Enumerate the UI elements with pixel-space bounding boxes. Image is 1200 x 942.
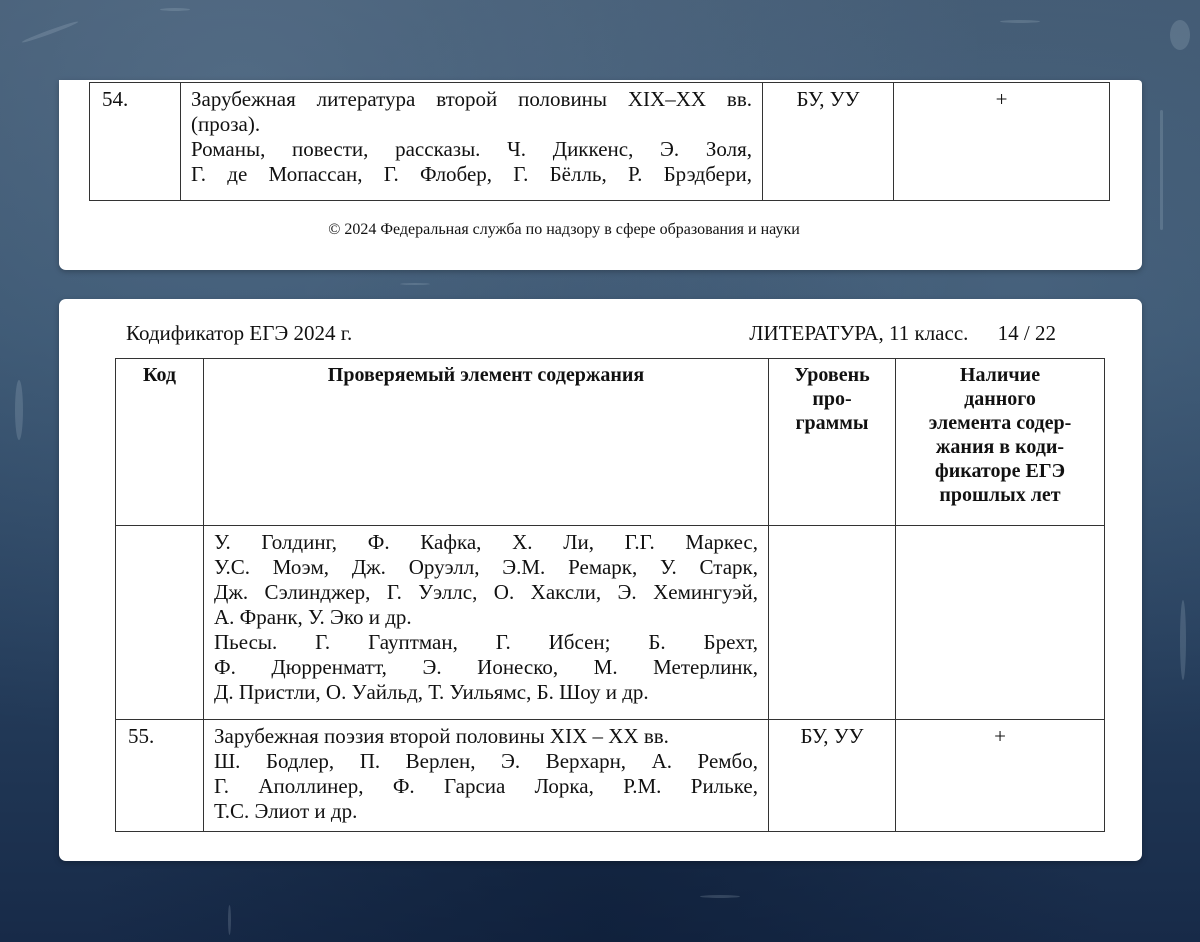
header-line: фикаторе ЕГЭ	[896, 459, 1104, 483]
row-level	[769, 526, 896, 720]
content-line: Д. Пристли, О. Уайльд, Т. Уильямс, Б. Шо…	[214, 680, 758, 705]
table-row-54: 54. Зарубежная литература второй половин…	[90, 83, 1110, 201]
header-line: Наличие	[896, 363, 1104, 387]
content-line: Г. Аполлинер, Ф. Гарсиа Лорка, Р.М. Риль…	[214, 774, 758, 799]
content-line: Т.С. Элиот и др.	[214, 799, 758, 824]
document-page-bottom: Кодификатор ЕГЭ 2024 г. ЛИТЕРАТУРА, 11 к…	[59, 299, 1142, 861]
document-page-top: 54. Зарубежная литература второй половин…	[59, 80, 1142, 270]
column-header-code: Код	[116, 359, 204, 526]
codifier-table: Код Проверяемый элемент содержания Урове…	[115, 358, 1105, 832]
row-code	[116, 526, 204, 720]
row-code: 55.	[116, 720, 204, 832]
content-line: Зарубежная поэзия второй половины XIX – …	[214, 724, 758, 749]
content-line: Г. де Мопассан, Г. Флобер, Г. Бёлль, Р. …	[191, 162, 752, 187]
row-level: БУ, УУ	[769, 720, 896, 832]
header-right: ЛИТЕРАТУРА, 11 класс. 14 / 22	[749, 321, 1056, 346]
column-header-presence: Наличие данного элемента содер- жания в …	[896, 359, 1105, 526]
header-line: Уровень	[769, 363, 895, 387]
header-line: про-	[769, 387, 895, 411]
header-line: граммы	[769, 411, 895, 435]
document-title: Кодификатор ЕГЭ 2024 г.	[126, 321, 352, 346]
content-line: У.С. Моэм, Дж. Оруэлл, Э.М. Ремарк, У. С…	[214, 555, 758, 580]
row-mark: +	[894, 83, 1110, 201]
codifier-table-continued: 54. Зарубежная литература второй половин…	[89, 82, 1110, 201]
page-number: 14 / 22	[998, 321, 1056, 345]
table-row-55: 55. Зарубежная поэзия второй половины XI…	[116, 720, 1105, 832]
page-header: Кодификатор ЕГЭ 2024 г. ЛИТЕРАТУРА, 11 к…	[126, 321, 1056, 346]
header-line: элемента содер-	[896, 411, 1104, 435]
content-line: (проза).	[191, 112, 752, 137]
row-content: Зарубежная литература второй половины XI…	[181, 83, 763, 201]
row-content: Зарубежная поэзия второй половины XIX – …	[204, 720, 769, 832]
content-line: Романы, повести, рассказы. Ч. Диккенс, Э…	[191, 137, 752, 162]
content-line: Дж. Сэлинджер, Г. Уэллс, О. Хаксли, Э. Х…	[214, 580, 758, 605]
table-row-54-continued: У. Голдинг, Ф. Кафка, Х. Ли, Г.Г. Маркес…	[116, 526, 1105, 720]
row-level: БУ, УУ	[763, 83, 894, 201]
content-line: Ш. Бодлер, П. Верлен, Э. Верхарн, А. Рем…	[214, 749, 758, 774]
column-header-level: Уровень про- граммы	[769, 359, 896, 526]
column-header-content: Проверяемый элемент содержания	[204, 359, 769, 526]
row-mark: +	[896, 720, 1105, 832]
content-line: У. Голдинг, Ф. Кафка, Х. Ли, Г.Г. Маркес…	[214, 530, 758, 555]
row-code: 54.	[90, 83, 181, 201]
content-line: Зарубежная литература второй половины XI…	[191, 87, 752, 112]
header-line: данного	[896, 387, 1104, 411]
content-line: Ф. Дюрренматт, Э. Ионеско, М. Метерлинк,	[214, 655, 758, 680]
content-line: Пьесы. Г. Гауптман, Г. Ибсен; Б. Брехт,	[214, 630, 758, 655]
content-line: А. Франк, У. Эко и др.	[214, 605, 758, 630]
header-line: жания в коди-	[896, 435, 1104, 459]
subject-label: ЛИТЕРАТУРА, 11 класс.	[749, 321, 968, 345]
page-footer-copyright: © 2024 Федеральная служба по надзору в с…	[59, 221, 1069, 239]
row-mark	[896, 526, 1105, 720]
header-line: прошлых лет	[896, 483, 1104, 507]
row-content: У. Голдинг, Ф. Кафка, Х. Ли, Г.Г. Маркес…	[204, 526, 769, 720]
table-header-row: Код Проверяемый элемент содержания Урове…	[116, 359, 1105, 526]
